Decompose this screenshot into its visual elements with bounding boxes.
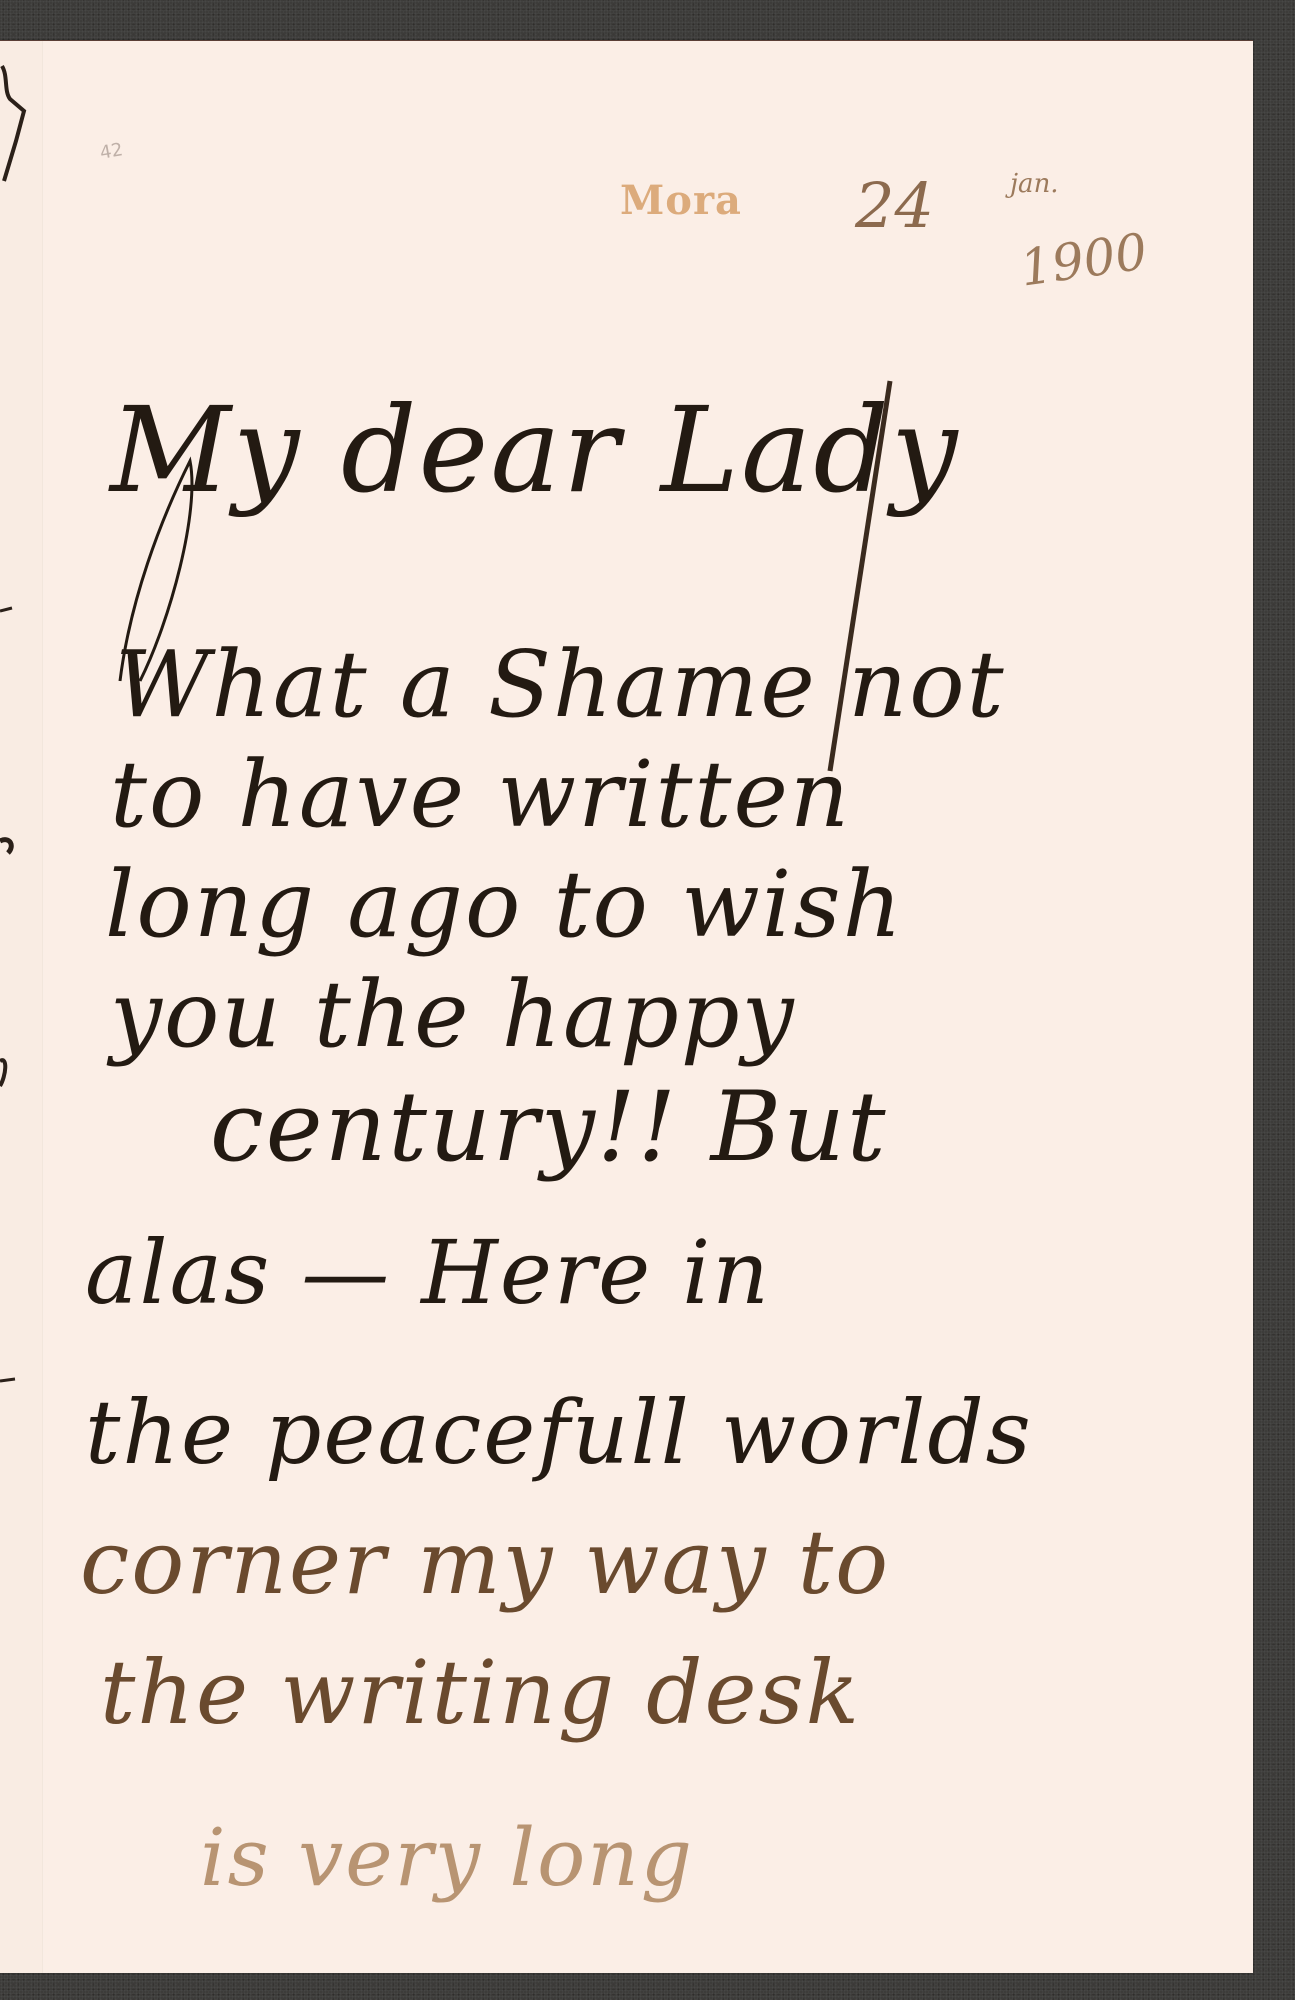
letter-page: 42 Mora 24 jan. 1900 My dear Lady What a… — [0, 40, 1253, 1973]
body-line-1: What a Shame not — [115, 631, 1006, 738]
salutation: My dear Lady — [110, 381, 960, 519]
body-line-10: is very long — [200, 1811, 694, 1904]
body-line-7: the peacefull worlds — [85, 1381, 1033, 1484]
body-line-5: century!! But — [210, 1071, 888, 1183]
body-line-2: to have written — [110, 741, 851, 848]
body-line-6: alas — Here in — [85, 1221, 771, 1324]
body-line-3: long ago to wish — [105, 851, 904, 958]
body-line-9: the writing desk — [100, 1641, 861, 1744]
body-line-4: you the happy — [110, 961, 796, 1068]
body-line-8: corner my way to — [80, 1511, 890, 1614]
